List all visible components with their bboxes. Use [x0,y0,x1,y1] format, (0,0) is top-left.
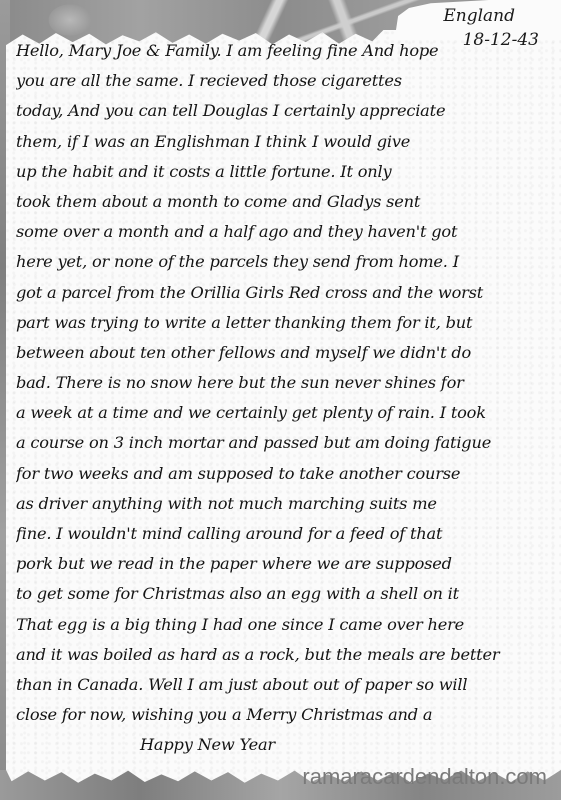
letter-line: them, if I was an Englishman I think I w… [16,127,556,157]
letter-closing: Happy New Year [16,730,556,760]
letter-line: That egg is a big thing I had one since … [16,610,556,640]
letter-line: pork but we read in the paper where we a… [16,549,556,579]
watermark: ramaracardendalton.com [302,764,547,790]
letter-line: fine. I wouldn't mind calling around for… [16,519,556,549]
letter-line: between about ten other fellows and myse… [16,338,556,368]
letter-line: and it was boiled as hard as a rock, but… [16,640,556,670]
letter-line: you are all the same. I recieved those c… [16,66,556,96]
letter-line: close for now, wishing you a Merry Chris… [16,700,556,730]
letter-line: a week at a time and we certainly get pl… [16,398,556,428]
letter-line: here yet, or none of the parcels they se… [16,247,556,277]
letter-line: for two weeks and am supposed to take an… [16,459,556,489]
letter-line: to get some for Christmas also an egg wi… [16,579,556,609]
letter-line: part was trying to write a letter thanki… [16,308,556,338]
letter-line: got a parcel from the Orillia Girls Red … [16,278,556,308]
letter-body: Hello, Mary Joe & Family. I am feeling f… [16,36,556,761]
letter-place: England [443,4,515,28]
letter-line: bad. There is no snow here but the sun n… [16,368,556,398]
letter-line: some over a month and a half ago and the… [16,217,556,247]
letter-line: up the habit and it costs a little fortu… [16,157,556,187]
letter-line: today, And you can tell Douglas I certai… [16,96,556,126]
letter-line: than in Canada. Well I am just about out… [16,670,556,700]
letter-line: a course on 3 inch mortar and passed but… [16,428,556,458]
letter-line: took them about a month to come and Glad… [16,187,556,217]
letter-line: as driver anything with not much marchin… [16,489,556,519]
letter-line: Hello, Mary Joe & Family. I am feeling f… [16,36,556,66]
